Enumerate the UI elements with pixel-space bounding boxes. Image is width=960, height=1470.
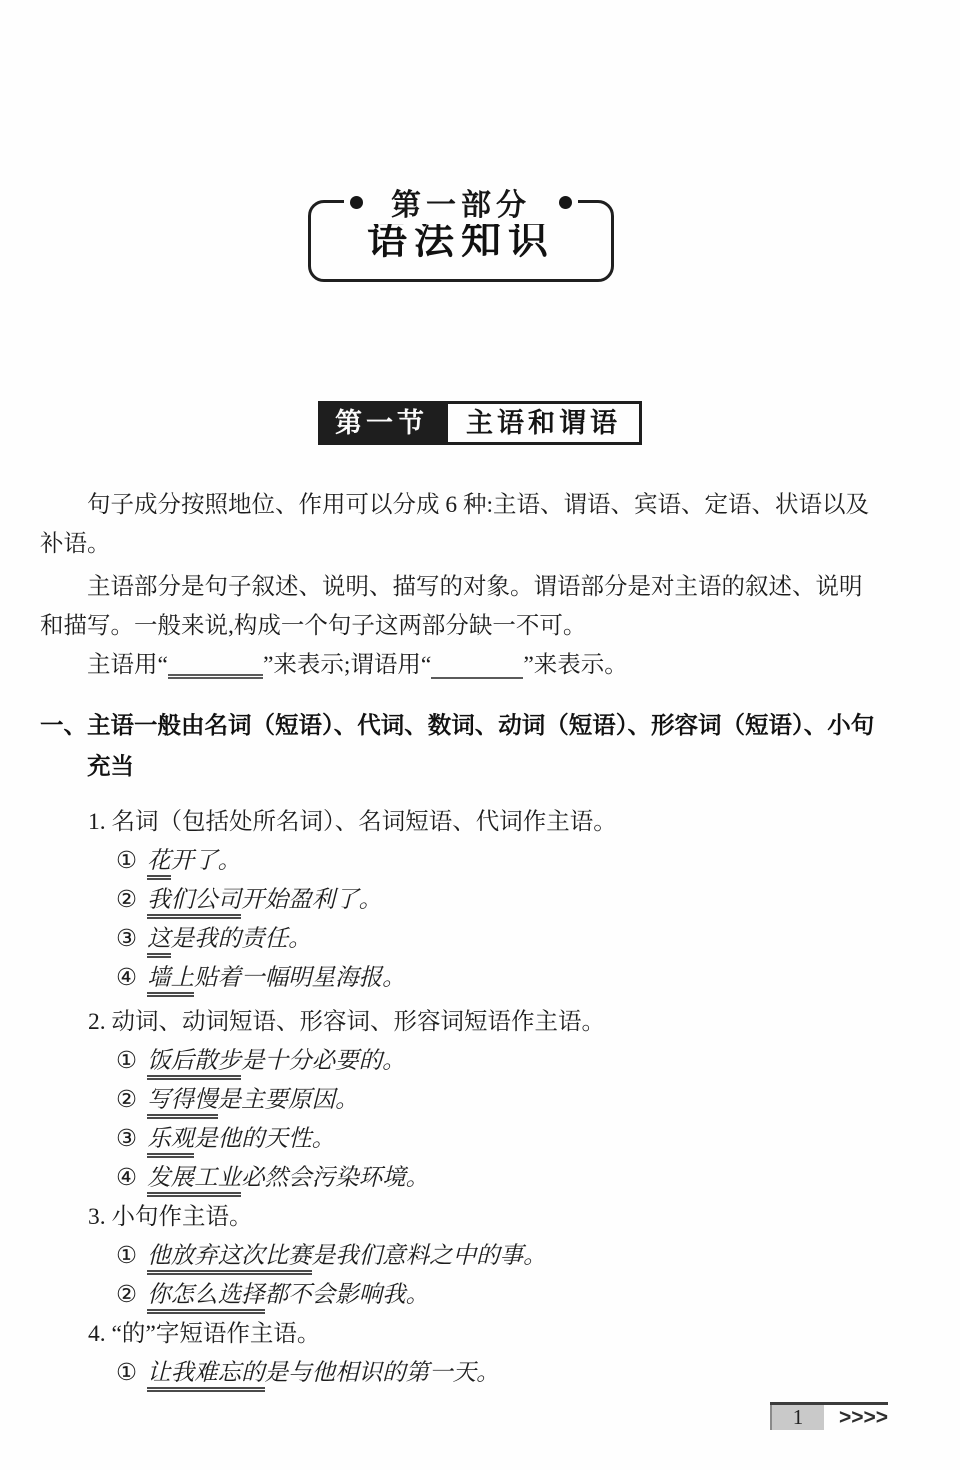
intro-paragraph-2-line-1: 主语部分是句子叙述、说明、描写的对象。谓语部分是对主语的叙述、说明: [40, 568, 920, 607]
underlined-subject: 写得慢: [147, 1087, 218, 1119]
sentence-rest: 是他的天性。: [194, 1126, 335, 1152]
sentence-rest: 必然会污染环境。: [241, 1165, 429, 1191]
left-dot-icon: [350, 196, 363, 209]
example-sentence: ①花开了。: [40, 842, 920, 881]
circled-number: ③: [116, 1126, 137, 1152]
rule-heading: 一、主语一般由名词（短语）、代词、数词、动词（短语）、形容词（短语）、小句 充当: [40, 705, 920, 787]
underlined-subject: 你怎么选择: [147, 1282, 265, 1314]
section-header: 第一节 主语和谓语: [318, 401, 642, 445]
sentence-rest: 开了。: [171, 848, 242, 874]
footer-row: 1 >>>>: [770, 1405, 888, 1430]
underlined-subject: 墙上: [147, 965, 194, 997]
rule-heading-line-2: 充当: [40, 746, 920, 787]
example-sentence: ②我们公司开始盈利了。: [40, 881, 920, 920]
page-content: 句子成分按照地位、作用可以分成 6 种:主语、谓语、宾语、定语、状语以及 补语。…: [40, 486, 920, 1393]
circled-number: ②: [116, 887, 137, 913]
example-sentence: ①饭后散步是十分必要的。: [40, 1042, 920, 1081]
textbook-page: 第一部分 语法知识 第一节 主语和谓语 句子成分按照地位、作用可以分成 6 种:…: [0, 0, 960, 1470]
underlined-subject: 花: [147, 848, 171, 880]
circled-number: ②: [116, 1282, 137, 1308]
part-label-text: 第一部分: [391, 180, 531, 224]
group-1-label: 1. 名词（包括处所名词）、名词短语、代词作主语。: [40, 803, 920, 842]
subject-blank-line: [168, 674, 263, 679]
sentence-rest: 开始盈利了。: [241, 887, 382, 913]
intro-paragraph-1-line-1: 句子成分按照地位、作用可以分成 6 种:主语、谓语、宾语、定语、状语以及: [40, 486, 920, 525]
circled-number: ①: [116, 1360, 137, 1386]
right-dot-icon: [559, 196, 572, 209]
group-3-label: 3. 小句作主语。: [40, 1198, 920, 1237]
rule-heading-line-1: 一、主语一般由名词（短语）、代词、数词、动词（短语）、形容词（短语）、小句: [40, 705, 920, 746]
example-sentence: ④墙上贴着一幅明星海报。: [40, 959, 920, 998]
blank-sentence: 主语用“”来表示;谓语用“”来表示。: [40, 646, 920, 685]
example-sentence: ②你怎么选择都不会影响我。: [40, 1276, 920, 1315]
underlined-subject: 我们公司: [147, 887, 241, 919]
sentence-rest: 是主要原因。: [218, 1087, 359, 1113]
example-sentence: ③这是我的责任。: [40, 920, 920, 959]
intro-paragraph-1-line-2: 补语。: [40, 525, 920, 564]
circled-number: ④: [116, 965, 137, 991]
circled-number: ③: [116, 926, 137, 952]
underlined-subject: 这: [147, 926, 171, 958]
underlined-subject: 他放弃这次比赛: [147, 1243, 312, 1275]
sentence-rest: 是与他相识的第一天。: [265, 1360, 500, 1386]
blank-sentence-seg-3: ”来表示。: [523, 652, 627, 678]
group-4-label: 4. “的”字短语作主语。: [40, 1315, 920, 1354]
example-sentence: ③乐观是他的天性。: [40, 1120, 920, 1159]
example-sentence: ④发展工业必然会污染环境。: [40, 1159, 920, 1198]
blank-sentence-seg-2: ”来表示;谓语用“: [263, 652, 431, 678]
circled-number: ④: [116, 1165, 137, 1191]
underlined-subject: 让我难忘的: [147, 1360, 265, 1392]
sentence-rest: 是十分必要的。: [241, 1048, 406, 1074]
section-number-badge: 第一节: [318, 401, 445, 445]
circled-number: ②: [116, 1087, 137, 1113]
underlined-subject: 乐观: [147, 1126, 194, 1158]
circled-number: ①: [116, 848, 137, 874]
example-sentence: ②写得慢是主要原因。: [40, 1081, 920, 1120]
intro-paragraph-2-line-2: 和描写。一般来说,构成一个句子这两部分缺一不可。: [40, 607, 920, 646]
underlined-subject: 发展工业: [147, 1165, 241, 1197]
group-2-label: 2. 动词、动词短语、形容词、形容词短语作主语。: [40, 1003, 920, 1042]
circled-number: ①: [116, 1048, 137, 1074]
example-sentence: ①他放弃这次比赛是我们意料之中的事。: [40, 1237, 920, 1276]
blank-sentence-seg-1: 主语用“: [87, 652, 168, 678]
sentence-rest: 是我们意料之中的事。: [312, 1243, 547, 1269]
sentence-rest: 是我的责任。: [171, 926, 312, 952]
page-number: 1: [770, 1405, 824, 1430]
example-sentence: ①让我难忘的是与他相识的第一天。: [40, 1354, 920, 1393]
chevrons-icon: >>>>: [839, 1406, 888, 1430]
part-title-box: 第一部分 语法知识: [308, 200, 614, 282]
part-label: 第一部分: [344, 180, 578, 224]
underlined-subject: 饭后散步: [147, 1048, 241, 1080]
page-footer: 1 >>>>: [770, 1402, 888, 1430]
predicate-blank-line: [431, 677, 523, 679]
section-title: 主语和谓语: [445, 401, 642, 445]
circled-number: ①: [116, 1243, 137, 1269]
sentence-rest: 都不会影响我。: [265, 1282, 430, 1308]
sentence-rest: 贴着一幅明星海报。: [194, 965, 406, 991]
